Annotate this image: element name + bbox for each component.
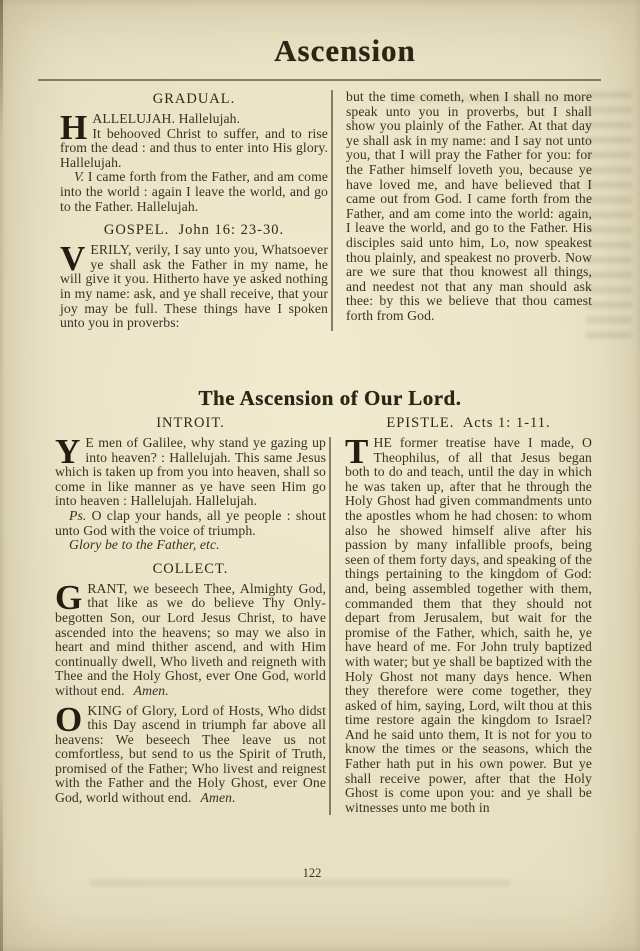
gradual-first-line: ALLELUJAH. Hallelujah. bbox=[92, 111, 240, 126]
king-of-glory-text: KING of Glory, Lord of Hosts, Who didst … bbox=[55, 703, 326, 806]
right-column-lower: EPISTLE. Acts 1: 1-11. THE former treati… bbox=[331, 414, 592, 815]
versicle-paragraph: V. I came forth from the Father, and am … bbox=[60, 170, 328, 214]
gradual-gospel-section: GRADUAL. HALLELUJAH. Hallelujah. It beho… bbox=[60, 90, 592, 331]
introit-heading: INTROIT. bbox=[55, 415, 326, 432]
gradual-paragraph: HALLELUJAH. Hallelujah. It behooved Chri… bbox=[60, 112, 328, 170]
king-of-glory-paragraph: OKING of Glory, Lord of Hosts, Who didst… bbox=[55, 704, 326, 806]
page-number: 122 bbox=[0, 866, 624, 881]
gloria-line: Glory be to the Father, etc. bbox=[55, 538, 326, 553]
psalm-paragraph: Ps. O clap your hands, all ye people : s… bbox=[55, 509, 326, 538]
right-column-upper: but the time cometh, when I shall no mor… bbox=[333, 90, 592, 331]
introit-paragraph: YE men of Galilee, why stand ye gazing u… bbox=[55, 436, 326, 509]
scanned-book-page: Ascension GRADUAL. HALLELUJAH. Halleluja… bbox=[0, 0, 640, 951]
dropcap-t: T bbox=[345, 436, 373, 465]
page-bleed-smudge bbox=[586, 92, 632, 342]
epistle-text: HE former treatise have I made, O Theoph… bbox=[345, 435, 592, 815]
dropcap-h: H bbox=[60, 112, 92, 141]
dropcap-o: O bbox=[55, 704, 87, 733]
introit-text: E men of Galilee, why stand ye gazing up… bbox=[55, 435, 326, 508]
collect-text: RANT, we beseech Thee, Almighty God, tha… bbox=[55, 581, 326, 698]
ascension-of-our-lord-heading: The Ascension of Our Lord. bbox=[40, 386, 620, 411]
versicle-text: I came forth from the Father, and am com… bbox=[60, 169, 328, 213]
gospel-paragraph: VERILY, verily, I say unto you, Whatsoev… bbox=[60, 243, 328, 331]
page-title: Ascension bbox=[70, 33, 620, 69]
dropcap-g: G bbox=[55, 582, 87, 611]
title-rule bbox=[38, 79, 601, 81]
introit-epistle-section: INTROIT. YE men of Galilee, why stand ye… bbox=[55, 414, 592, 815]
page-bleed-smudge bbox=[90, 880, 510, 892]
collect-paragraph: GRANT, we beseech Thee, Almighty God, th… bbox=[55, 582, 326, 699]
gradual-heading: GRADUAL. bbox=[60, 91, 328, 108]
gospel-text: ERILY, verily, I say unto you, Whatsoeve… bbox=[60, 242, 328, 330]
epistle-paragraph: THE former treatise have I made, O Theop… bbox=[345, 436, 592, 815]
psalm-text: O clap your hands, all ye people : shout… bbox=[55, 508, 326, 538]
epistle-heading: EPISTLE. Acts 1: 1-11. bbox=[345, 415, 592, 432]
gospel-continued-paragraph: but the time cometh, when I shall no mor… bbox=[346, 90, 592, 324]
dropcap-v: V bbox=[60, 243, 90, 272]
gradual-text: It behooved Christ to suffer, and to ris… bbox=[60, 126, 328, 170]
psalm-lead: Ps. bbox=[69, 508, 86, 523]
king-of-glory-amen: Amen. bbox=[201, 790, 236, 805]
left-column-upper: GRADUAL. HALLELUJAH. Hallelujah. It beho… bbox=[60, 90, 328, 331]
dropcap-y: Y bbox=[55, 436, 85, 465]
versicle-lead: V. bbox=[74, 169, 84, 184]
collect-amen: Amen. bbox=[134, 683, 169, 698]
left-column-lower: INTROIT. YE men of Galilee, why stand ye… bbox=[55, 414, 326, 815]
collect-heading: COLLECT. bbox=[55, 561, 326, 578]
gospel-heading: GOSPEL. John 16: 23-30. bbox=[60, 222, 328, 239]
